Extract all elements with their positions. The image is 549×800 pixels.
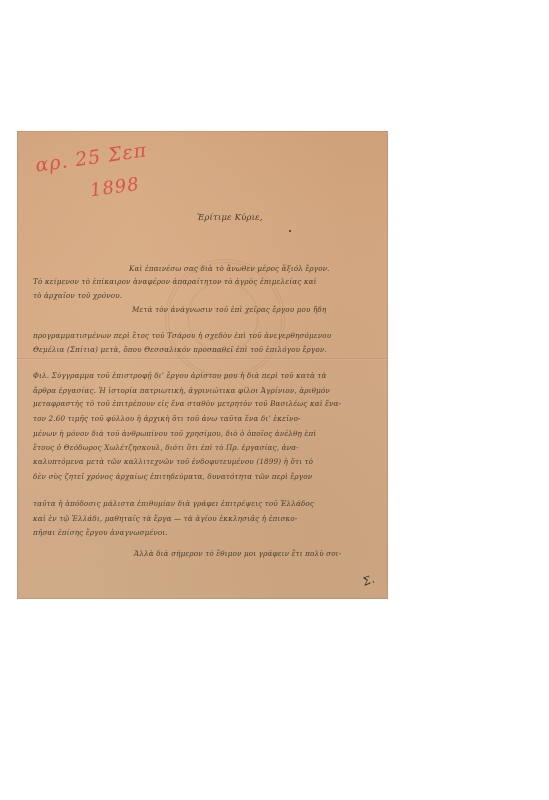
body-line-17: πῆσαι ἐπίσης ἔργου ἀναγνωσμένοι. (33, 528, 168, 537)
body-line-10: τον 2.60 τιμῆς τοῦ φύλλου ἡ ἀρχικὴ ὅτι τ… (33, 414, 301, 423)
body-line-4: Μετὰ τὸν ἀνάγνωσιν τοῦ ἐπὶ χεῖρας ἔργου … (132, 305, 326, 314)
signature: Σ. (361, 572, 376, 588)
ink-dot (289, 230, 291, 232)
salutation: Ἐρίτιμε Κύριε, (197, 213, 263, 223)
stamp-inner-ring (187, 281, 259, 353)
body-line-5: προγραμματισμένων περὶ ἔτος τοῦ Τσάρου ἡ… (33, 331, 331, 340)
body-line-12: ἔτους ὁ Θεόδωρος Χωλέτζησκουλ, διότι ὅτι… (33, 443, 299, 452)
archive-annotation-year: 1898 (89, 174, 141, 202)
letter-page: αρ. 25 Σεπ 1898 Ἐρίτιμε Κύριε, Καὶ ἐπαιν… (17, 131, 388, 599)
body-line-16: καὶ ἐν τῷ Ἑλλάδι, μαθηταῖς τὰ ἔργα — τὰ … (33, 514, 297, 523)
body-line-3: τὸ ἀρχαῖον τοῦ χρόνου. (33, 291, 122, 300)
fold-crease (17, 358, 388, 360)
body-line-7: Φιλ. Σύγγραμμα τοῦ ἐπιστροφῇ δι’ ἔργου ἀ… (33, 371, 327, 380)
page-viewer: αρ. 25 Σεπ 1898 Ἐρίτιμε Κύριε, Καὶ ἐπαιν… (0, 0, 549, 800)
body-line-6: Θεμέλια (Σπίτια) μετὰ, ὅπου Θεσσαλικόν π… (33, 345, 327, 354)
body-line-1: Καὶ ἐπαινέσω σας διὰ τὸ ἄνωθεν μέρος ἄξι… (129, 264, 330, 273)
archive-annotation-line1: αρ. 25 Σεπ (34, 139, 148, 176)
body-line-15: ταῦτα ἡ ἀπόδοσις μάλιστα ἐπιθυμίαν διὰ γ… (33, 499, 314, 508)
body-line-14: δὲν σὺς ζητεῖ χρόνος ἀρχαίως ἐπιτηδεύματ… (33, 472, 312, 481)
body-line-13: καλυπτόμενα μετὰ τῶν καλλιτεχνῶν τοῦ ἐνδ… (33, 457, 313, 466)
body-line-8: ἄρθρα ἐργασίας. Ἡ ἱστορία πατριωτικὴ, ἀγ… (33, 386, 330, 395)
body-line-11: μένων ἡ μόνον διὰ τοῦ ἀνθρωπίνου τοῦ χρη… (33, 429, 316, 438)
body-line-2: Τὸ κείμενον τὸ ἐπίκαιρον ἀναφέρον ἀπαραί… (33, 277, 317, 286)
body-line-9: μεταφραστὴς τὸ τοῦ ἐπιτρέπουν εἰς ἕνα στ… (33, 399, 341, 408)
closing-line: Ἀλλὰ διὰ σήμερον τὸ ἔθιμον μοι γράφειν ἔ… (134, 549, 341, 558)
